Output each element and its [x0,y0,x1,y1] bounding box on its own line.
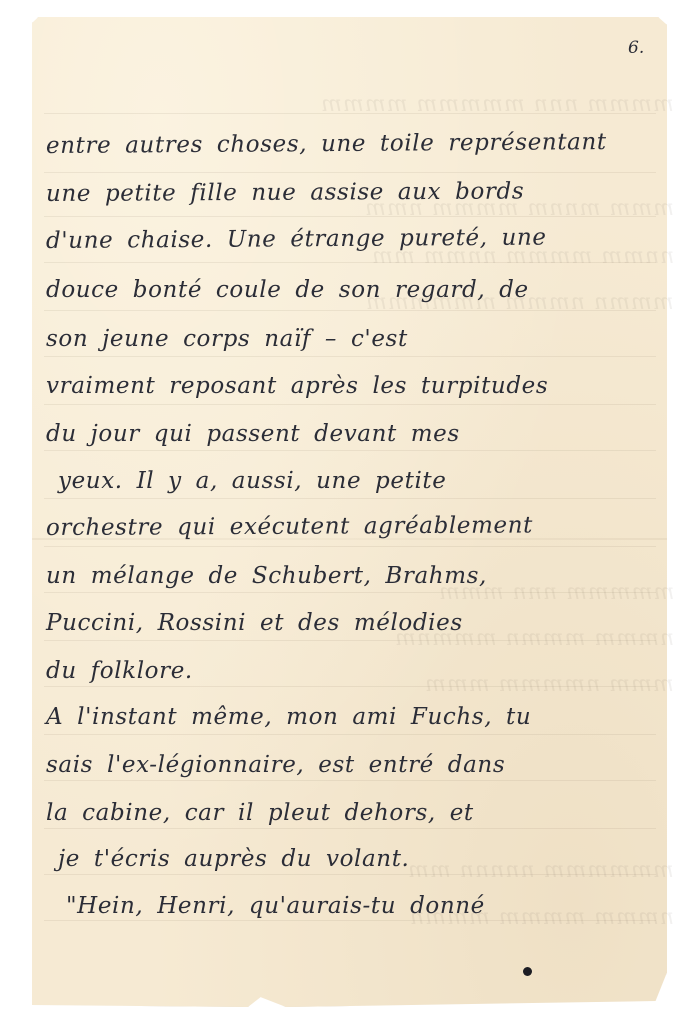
show-through-rule [44,546,656,547]
handwritten-line: du folklore. [46,658,193,684]
handwritten-line: vraiment reposant après les turpitudes [46,373,548,399]
handwritten-line: la cabine, car il pleut dehors, et [46,800,474,826]
handwritten-line: A l'instant même, mon ami Fuchs, tu [46,704,531,730]
handwritten-line: son jeune corps naïf – c'est [46,326,408,352]
show-through-rule [44,356,656,357]
handwritten-line: sais l'ex-légionnaire, est entré dans [46,752,505,778]
handwritten-line: Puccini, Rossini et des mélodies [46,610,463,636]
show-through-rule [44,498,656,499]
handwritten-line: je t'écris auprès du volant. [58,846,409,872]
page-number: 6. [628,38,644,58]
ink-blot [523,967,532,976]
show-through-rule [44,780,656,781]
show-through-rule [44,404,656,405]
handwritten-line: yeux. Il y a, aussi, une petite [58,468,446,494]
show-through-rule [44,450,656,451]
show-through-writing: mmm nmmmm mmm [424,672,674,697]
handwritten-line: un mélange de Schubert, Brahms, [46,563,487,589]
show-through-rule [44,734,656,735]
handwritten-line: une petite fille nue assise aux bords [46,178,524,207]
handwritten-line: douce bonté coule de son regard, de [46,277,529,303]
handwritten-line: d'une chaise. Une étrange pureté, une [46,225,547,254]
show-through-writing: mmmmmm nnnnn mm [407,858,674,883]
show-through-rule [44,172,656,173]
show-through-writing: mmmm nnn mmmmm mmmm [320,92,674,117]
handwritten-line: entre autres choses, une toile représent… [46,129,607,159]
handwritten-line: du jour qui passent devant mes [46,421,460,447]
show-through-rule [44,828,656,829]
handwritten-line: orchestre qui exécutent agréablement [46,512,533,541]
handwritten-line: "Hein, Henri, qu'aurais-tu donné [66,893,485,919]
